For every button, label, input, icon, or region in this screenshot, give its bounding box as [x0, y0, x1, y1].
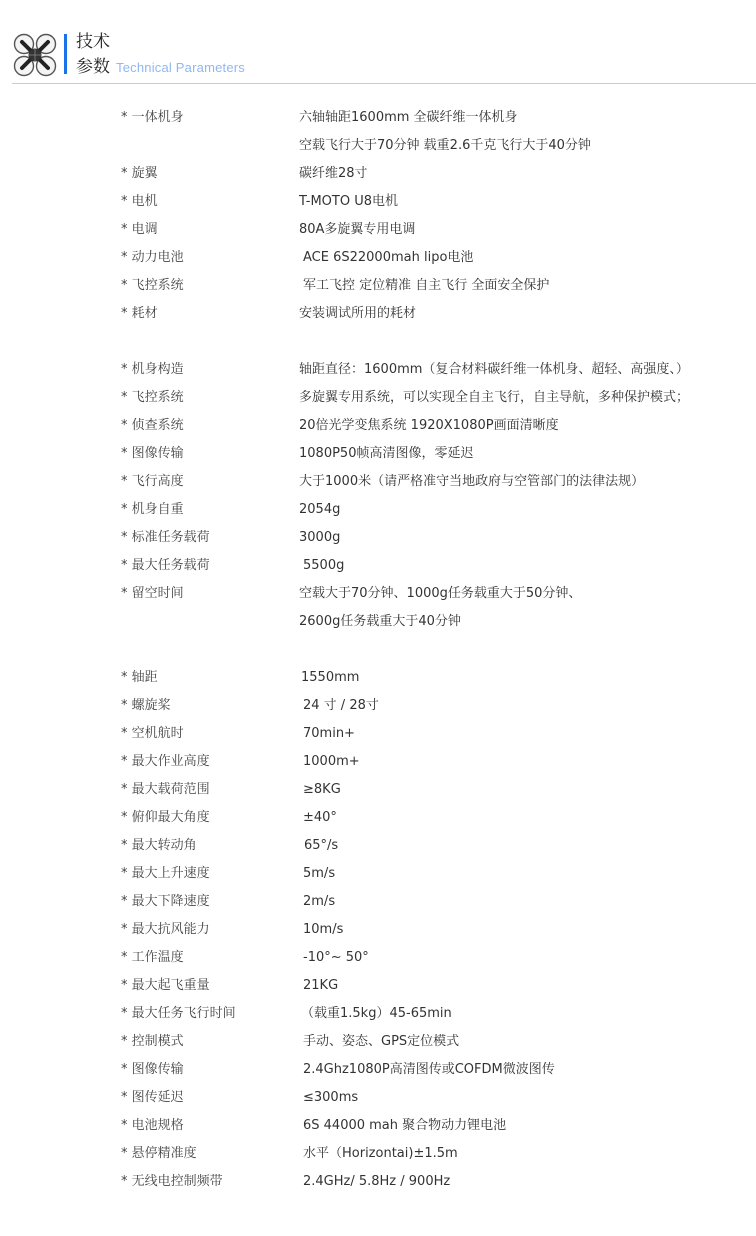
spec-row: * 轴距1550mm — [0, 664, 756, 692]
spec-label: * 悬停精准度 — [121, 1140, 197, 1168]
spec-section-2: * 机身构造轴距直径：1600mm（复合材料碳纤维一体机身、超轻、高强度、） *… — [0, 356, 756, 636]
spec-value: 多旋翼专用系统，可以实现全自主飞行，自主导航，多种保护模式； — [299, 384, 689, 412]
spec-value: 2.4GHz/ 5.8Hz / 900Hz — [303, 1168, 450, 1196]
spec-label: * 无线电控制频带 — [121, 1168, 223, 1196]
spec-label: * 侦查系统 — [121, 412, 184, 440]
spec-row: * 飞控系统军工飞控 定位精准 自主飞行 全面安全保护 — [0, 272, 756, 300]
spec-row: 2600g任务载重大于40分钟 — [0, 608, 756, 636]
spec-label: * 耗材 — [121, 300, 158, 328]
spec-row: * 机身构造轴距直径：1600mm（复合材料碳纤维一体机身、超轻、高强度、） — [0, 356, 756, 384]
spec-label: * 图像传输 — [121, 440, 184, 468]
spec-row: * 飞行高度大于1000米（请严格准守当地政府与空管部门的法律法规） — [0, 468, 756, 496]
spec-row: * 工作温度-10°~ 50° — [0, 944, 756, 972]
spec-label: * 飞行高度 — [121, 468, 184, 496]
spec-value: ±40° — [303, 804, 337, 832]
spec-value: 70min+ — [303, 720, 355, 748]
spec-value: 20倍光学变焦系统 1920X1080P画面清晰度 — [299, 412, 559, 440]
spec-value: 空载飞行大于70分钟 载重2.6千克飞行大于40分钟 — [299, 132, 591, 160]
spec-row: * 最大起飞重量21KG — [0, 972, 756, 1000]
spec-row: 空载飞行大于70分钟 载重2.6千克飞行大于40分钟 — [0, 132, 756, 160]
spec-value: -10°~ 50° — [303, 944, 369, 972]
spec-label: * 轴距 — [121, 664, 158, 692]
title-en: Technical Parameters — [116, 60, 245, 75]
spec-label: * 飞控系统 — [121, 384, 184, 412]
spec-value: 六轴轴距1600mm 全碳纤维一体机身 — [299, 104, 518, 132]
spec-row: * 机身自重2054g — [0, 496, 756, 524]
spec-value: 2054g — [299, 496, 340, 524]
spec-value: 80A多旋翼专用电调 — [299, 216, 415, 244]
spec-label: * 标准任务载荷 — [121, 524, 210, 552]
spec-list: * 一体机身六轴轴距1600mm 全碳纤维一体机身 空载飞行大于70分钟 载重2… — [0, 104, 756, 1224]
accent-bar — [64, 34, 67, 74]
spec-label: * 飞控系统 — [121, 272, 184, 300]
spec-value: 2m/s — [303, 888, 335, 916]
spec-row: * 标准任务载荷3000g — [0, 524, 756, 552]
spec-value: ≥8KG — [303, 776, 341, 804]
spec-label: * 最大任务飞行时间 — [121, 1000, 236, 1028]
spec-section-3: * 轴距1550mm * 螺旋桨24 寸 / 28寸 * 空机航时70min+ … — [0, 664, 756, 1196]
title-line2: 参数Technical Parameters — [76, 57, 245, 78]
spec-label: * 留空时间 — [121, 580, 184, 608]
spec-row: * 留空时间空载大于70分钟、1000g任务载重大于50分钟、 — [0, 580, 756, 608]
spec-row: * 最大转动角65°/s — [0, 832, 756, 860]
spec-label: * 电机 — [121, 188, 158, 216]
spec-row: * 俯仰最大角度±40° — [0, 804, 756, 832]
spec-label: * 电池规格 — [121, 1112, 184, 1140]
spec-row: * 最大任务载荷5500g — [0, 552, 756, 580]
spec-label: * 机身自重 — [121, 496, 184, 524]
spec-value: 1000m+ — [303, 748, 360, 776]
spec-row: * 一体机身六轴轴距1600mm 全碳纤维一体机身 — [0, 104, 756, 132]
spec-value: 安装调试所用的耗材 — [299, 300, 416, 328]
spec-value: 手动、姿态、GPS定位模式 — [303, 1028, 459, 1056]
spec-value: T-MOTO U8电机 — [299, 188, 398, 216]
spec-value: 65°/s — [304, 832, 338, 860]
spec-label: * 动力电池 — [121, 244, 184, 272]
spec-value: 大于1000米（请严格准守当地政府与空管部门的法律法规） — [299, 468, 644, 496]
spec-label: * 最大上升速度 — [121, 860, 210, 888]
spec-row: * 螺旋桨24 寸 / 28寸 — [0, 692, 756, 720]
spec-section-1: * 一体机身六轴轴距1600mm 全碳纤维一体机身 空载飞行大于70分钟 载重2… — [0, 104, 756, 328]
spec-row: * 悬停精准度水平（Horizontai)±1.5m — [0, 1140, 756, 1168]
spec-row: * 电机T-MOTO U8电机 — [0, 188, 756, 216]
spec-row: * 旋翼碳纤维28寸 — [0, 160, 756, 188]
spec-label: * 工作温度 — [121, 944, 184, 972]
spec-row: * 飞控系统多旋翼专用系统，可以实现全自主飞行，自主导航，多种保护模式； — [0, 384, 756, 412]
spec-row: * 耗材安装调试所用的耗材 — [0, 300, 756, 328]
spec-row: * 侦查系统20倍光学变焦系统 1920X1080P画面清晰度 — [0, 412, 756, 440]
spec-value: ≤300ms — [303, 1084, 358, 1112]
spec-value: 空载大于70分钟、1000g任务载重大于50分钟、 — [299, 580, 581, 608]
spec-row: * 图像传输2.4Ghz1080P高清图传或COFDM微波图传 — [0, 1056, 756, 1084]
spec-value: 2600g任务载重大于40分钟 — [299, 608, 461, 636]
spec-value: 1080P50帧高清图像，零延迟 — [299, 440, 473, 468]
spec-row: * 最大抗风能力10m/s — [0, 916, 756, 944]
spec-value: 1550mm — [301, 664, 359, 692]
spec-value: （载重1.5kg）45-65min — [301, 1000, 452, 1028]
spec-row: * 最大任务飞行时间（载重1.5kg）45-65min — [0, 1000, 756, 1028]
spec-value: 5m/s — [303, 860, 335, 888]
spec-label: * 最大下降速度 — [121, 888, 210, 916]
spec-label: * 图像传输 — [121, 1056, 184, 1084]
spec-value: 5500g — [303, 552, 344, 580]
spec-row: * 空机航时70min+ — [0, 720, 756, 748]
spec-label: * 旋翼 — [121, 160, 158, 188]
spec-row: * 最大下降速度2m/s — [0, 888, 756, 916]
spec-label: * 最大转动角 — [121, 832, 197, 860]
spec-label: * 螺旋桨 — [121, 692, 171, 720]
spec-label: * 最大抗风能力 — [121, 916, 210, 944]
spec-value: 轴距直径：1600mm（复合材料碳纤维一体机身、超轻、高强度、） — [299, 356, 689, 384]
spec-label: * 图传延迟 — [121, 1084, 184, 1112]
spec-row: * 无线电控制频带2.4GHz/ 5.8Hz / 900Hz — [0, 1168, 756, 1196]
spec-row: * 最大上升速度5m/s — [0, 860, 756, 888]
spec-row: * 图传延迟≤300ms — [0, 1084, 756, 1112]
spec-label: * 俯仰最大角度 — [121, 804, 210, 832]
spec-label: * 电调 — [121, 216, 158, 244]
spec-value: 碳纤维28寸 — [299, 160, 368, 188]
spec-value: ACE 6S22000mah lipo电池 — [303, 244, 473, 272]
spec-value: 2.4Ghz1080P高清图传或COFDM微波图传 — [303, 1056, 555, 1084]
spec-value: 水平（Horizontai)±1.5m — [303, 1140, 458, 1168]
spec-label: * 最大起飞重量 — [121, 972, 210, 1000]
title-zh: 参数 — [76, 57, 110, 77]
spec-row: * 控制模式手动、姿态、GPS定位模式 — [0, 1028, 756, 1056]
spec-value: 21KG — [303, 972, 338, 1000]
header-divider — [12, 83, 756, 84]
title-line1: 技术 — [76, 32, 110, 52]
spec-row: * 动力电池ACE 6S22000mah lipo电池 — [0, 244, 756, 272]
spec-row: * 最大作业高度1000m+ — [0, 748, 756, 776]
spec-label: * 最大作业高度 — [121, 748, 210, 776]
spec-row: * 图像传输1080P50帧高清图像，零延迟 — [0, 440, 756, 468]
spec-value: 24 寸 / 28寸 — [303, 692, 379, 720]
spec-row: * 电调80A多旋翼专用电调 — [0, 216, 756, 244]
drone-icon — [13, 33, 57, 77]
page-header: 技术 参数Technical Parameters — [0, 0, 756, 90]
spec-label: * 空机航时 — [121, 720, 184, 748]
spec-value: 3000g — [299, 524, 340, 552]
spec-label: * 控制模式 — [121, 1028, 184, 1056]
spec-value: 6S 44000 mah 聚合物动力锂电池 — [303, 1112, 506, 1140]
spec-label: * 最大任务载荷 — [121, 552, 210, 580]
spec-row: * 电池规格6S 44000 mah 聚合物动力锂电池 — [0, 1112, 756, 1140]
spec-label: * 一体机身 — [121, 104, 184, 132]
spec-value: 10m/s — [303, 916, 343, 944]
spec-label: * 机身构造 — [121, 356, 184, 384]
spec-row: * 最大载荷范围≥8KG — [0, 776, 756, 804]
spec-label: * 最大载荷范围 — [121, 776, 210, 804]
spec-value: 军工飞控 定位精准 自主飞行 全面安全保护 — [303, 272, 549, 300]
